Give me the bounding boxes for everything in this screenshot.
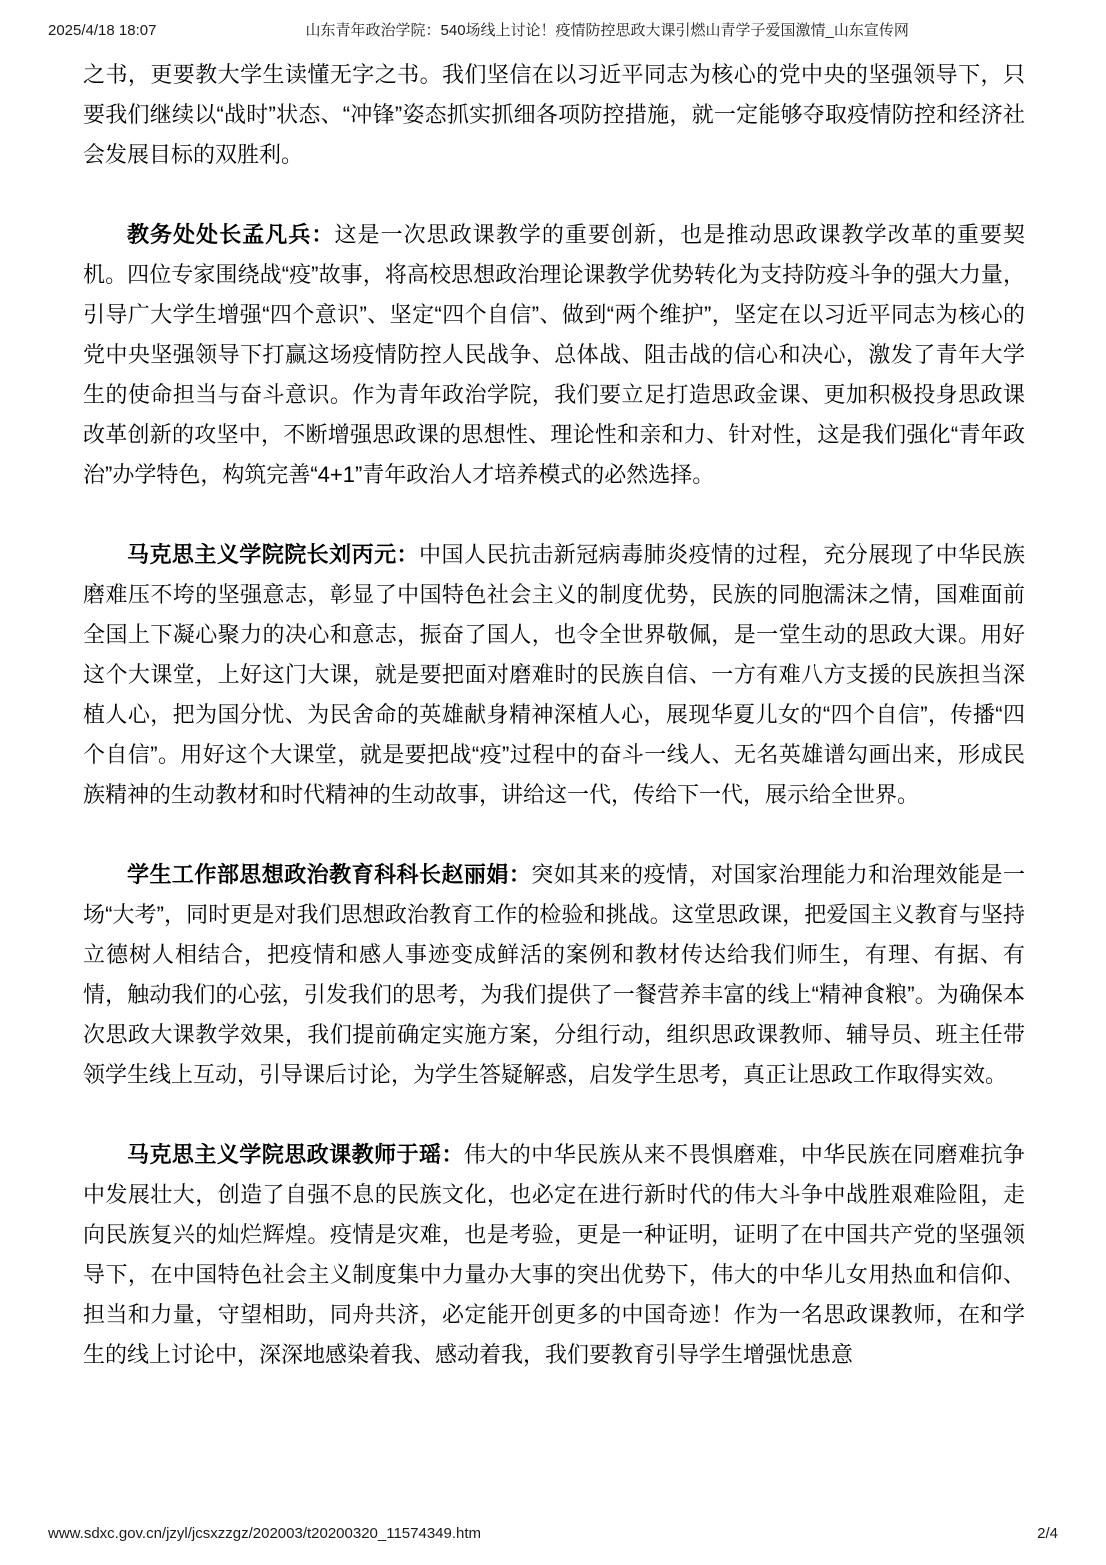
- document-title: 山东青年政治学院：540场线上讨论！疫情防控思政大课引燃山青学子爱国激情_山东宣…: [156, 21, 1058, 40]
- print-timestamp: 2025/4/18 18:07: [48, 21, 156, 40]
- speech-text: 这是一次思政课教学的重要创新，也是推动思政课教学改革的重要契机。四位专家围绕战“…: [83, 222, 1025, 487]
- print-header: 2025/4/18 18:07 山东青年政治学院：540场线上讨论！疫情防控思政…: [0, 0, 1106, 40]
- speaker-label: 学生工作部思想政治教育科科长赵丽娟：: [127, 862, 531, 887]
- paragraph-marxism-school-dean: 马克思主义学院院长刘丙元：中国人民抗击新冠病毒肺炎疫情的过程，充分展现了中华民族…: [83, 535, 1025, 815]
- speech-text: 中国人民抗击新冠病毒肺炎疫情的过程，充分展现了中华民族磨难压不垮的坚强意志，彰显…: [83, 542, 1025, 807]
- page-number: 2/4: [1037, 1524, 1058, 1543]
- speech-text: 伟大的中华民族从来不畏惧磨难，中华民族在同磨难抗争中发展壮大，创造了自强不息的民…: [83, 1142, 1025, 1367]
- article-body: 之书，更要教大学生读懂无字之书。我们坚信在以习近平同志为核心的党中央的坚强领导下…: [83, 55, 1025, 1375]
- print-page: 2025/4/18 18:07 山东青年政治学院：540场线上讨论！疫情防控思政…: [0, 0, 1106, 1565]
- print-footer: www.sdxc.gov.cn/jzyl/jcsxzzgz/202003/t20…: [0, 1524, 1106, 1543]
- speech-text: 之书，更要教大学生读懂无字之书。我们坚信在以习近平同志为核心的党中央的坚强领导下…: [83, 62, 1025, 167]
- paragraph-dean-of-academic-affairs: 教务处处长孟凡兵：这是一次思政课教学的重要创新，也是推动思政课教学改革的重要契机…: [83, 215, 1025, 495]
- speaker-label: 教务处处长孟凡兵：: [127, 222, 334, 247]
- paragraph-continuation: 之书，更要教大学生读懂无字之书。我们坚信在以习近平同志为核心的党中央的坚强领导下…: [83, 55, 1025, 175]
- source-url: www.sdxc.gov.cn/jzyl/jcsxzzgz/202003/t20…: [48, 1524, 481, 1543]
- speaker-label: 马克思主义学院院长刘丙元：: [127, 542, 419, 567]
- speech-text: 突如其来的疫情，对国家治理能力和治理效能是一场“大考”，同时更是对我们思想政治教…: [83, 862, 1025, 1087]
- paragraph-ideology-teacher: 马克思主义学院思政课教师于瑶：伟大的中华民族从来不畏惧磨难，中华民族在同磨难抗争…: [83, 1135, 1025, 1375]
- speaker-label: 马克思主义学院思政课教师于瑶：: [127, 1142, 464, 1167]
- paragraph-student-affairs-chief: 学生工作部思想政治教育科科长赵丽娟：突如其来的疫情，对国家治理能力和治理效能是一…: [83, 855, 1025, 1095]
